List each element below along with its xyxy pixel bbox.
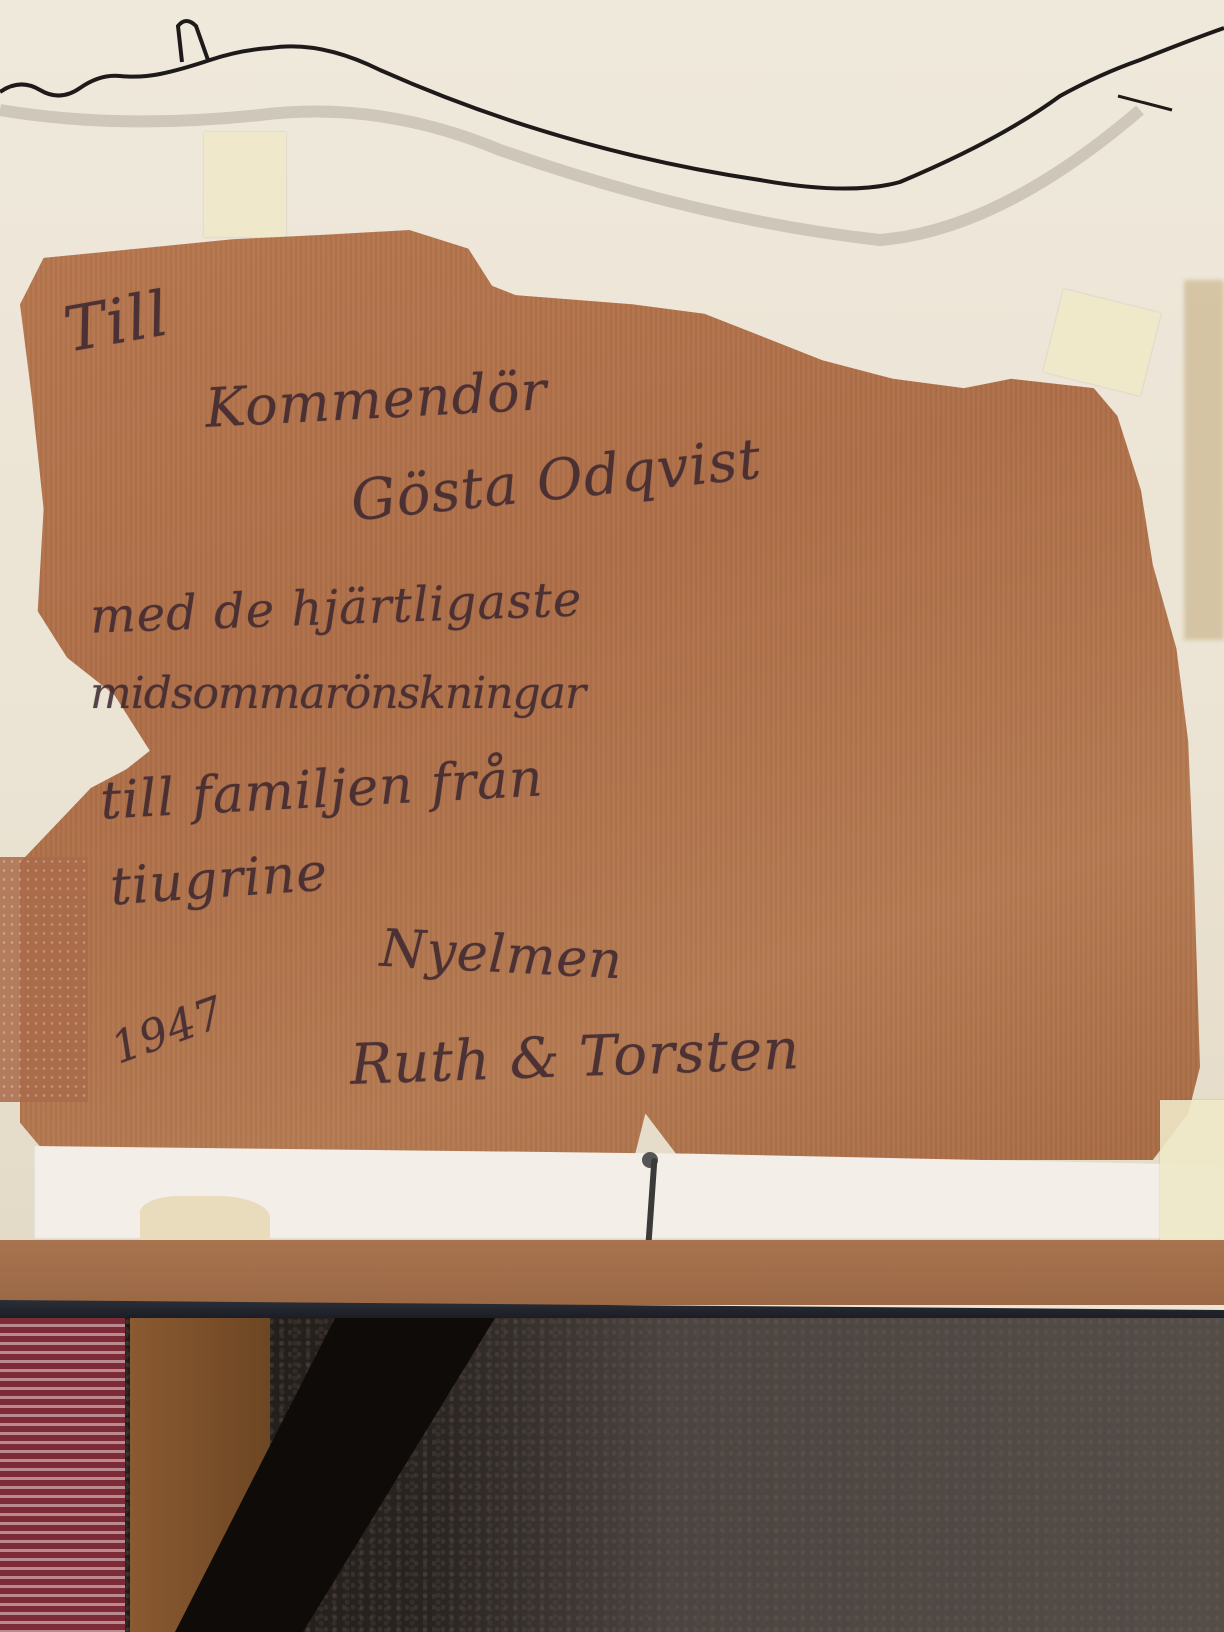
photo-scene: Till Kommendör Gösta Odqvist med de hjär… <box>0 0 1224 1632</box>
tape-piece <box>204 132 286 237</box>
tape-piece <box>1160 1100 1224 1240</box>
paper-residue <box>0 857 88 1102</box>
frame-bottom-board <box>0 1240 1224 1305</box>
red-striped-fabric <box>0 1318 125 1632</box>
note-line: midsommarönskningar <box>90 668 585 719</box>
backing-stain <box>1184 280 1224 640</box>
note-line: Nyelmen <box>379 919 625 992</box>
hanging-wire <box>0 0 1224 260</box>
